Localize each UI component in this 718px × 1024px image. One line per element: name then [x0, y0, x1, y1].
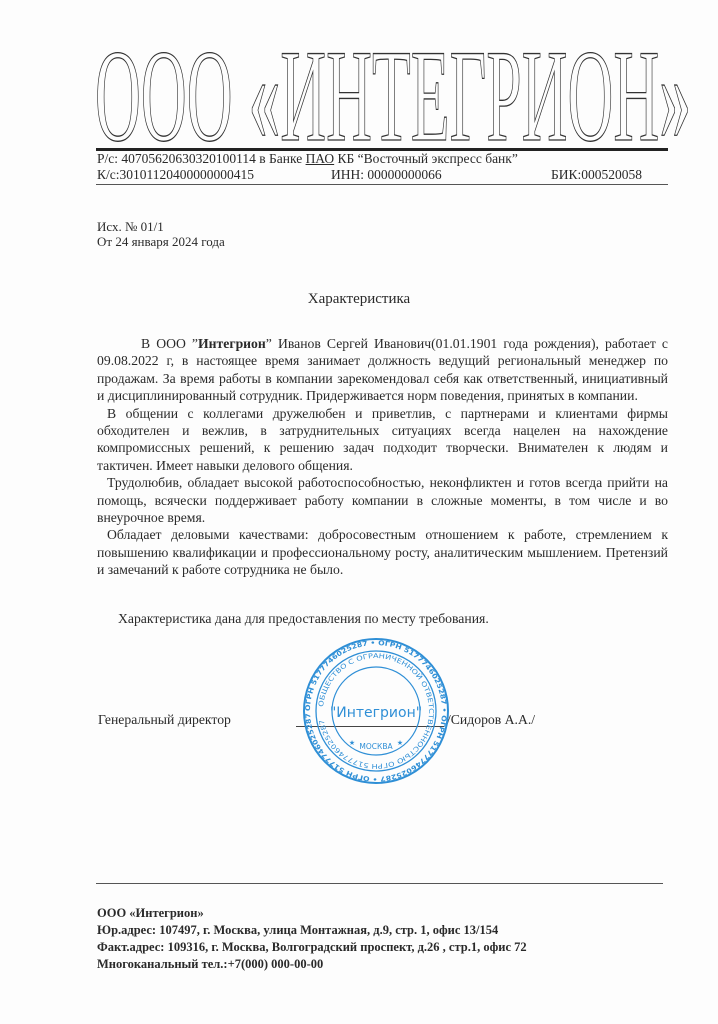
paragraph-4: Обладает деловыми качествами: добросовес… [97, 526, 668, 578]
stamp-star-icon: ★ [349, 739, 355, 747]
reference-date: От 24 января 2024 года [97, 234, 225, 249]
stamp-star-icon: ★ [397, 739, 403, 747]
paragraph-3: Трудолюбив, обладает высокой работоспосо… [97, 474, 668, 526]
footer-company: ООО «Интегрион» [97, 905, 527, 922]
logo-text: ООО «ИНТЕГРИОН» [95, 40, 691, 148]
stamp-city: МОСКВА [359, 742, 393, 751]
bank-account-line: Р/с: 40705620630320100114 в Банке ПАО КБ… [97, 151, 518, 167]
paragraph-1-pre: В ООО ” [141, 336, 198, 351]
inn: ИНН: 00000000066 [331, 167, 442, 183]
company-name-bold: Интегрион [198, 336, 266, 351]
header-divider-thin [96, 184, 668, 185]
signatory-name: /Сидоров А.А./ [447, 712, 535, 728]
stamp-center-text: "Интегрион" [330, 705, 422, 721]
paragraph-1: В ООО ”Интегрион” Иванов Сергей Иванович… [97, 335, 668, 405]
corr-account: К/с:30101120400000000415 [97, 167, 254, 183]
paragraph-2: В общении с коллегами дружелюбен и приве… [97, 405, 668, 475]
bik: БИК:000520058 [551, 167, 642, 183]
bank-name: КБ “Восточный экспресс банк” [334, 151, 518, 166]
footer-phone: Многоканальный тел.:+7(000) 000-00-00 [97, 956, 527, 973]
footer-actual-address: Факт.адрес: 109316, г. Москва, Волгоград… [97, 939, 527, 956]
footer-legal-address: Юр.адрес: 107497, г. Москва, улица Монта… [97, 922, 527, 939]
document-title: Характеристика [0, 291, 718, 308]
bank-type: ПАО [306, 151, 335, 166]
reference-number: Исх. № 01/1 [97, 219, 225, 234]
company-logo: ООО «ИНТЕГРИОН» [93, 40, 693, 148]
outgoing-reference: Исх. № 01/1 От 24 января 2024 года [97, 219, 225, 249]
bank-account-prefix: Р/с: 40705620630320100114 в Банке [97, 151, 306, 166]
footer-divider [96, 883, 663, 884]
footer-contacts: ООО «Интегрион» Юр.адрес: 107497, г. Мос… [97, 905, 527, 973]
company-stamp: ОГРН 5177746025287 • ОГРН 5177746025287 … [302, 637, 450, 785]
document-body: В ООО ”Интегрион” Иванов Сергей Иванович… [97, 335, 668, 579]
signatory-role: Генеральный директор [98, 712, 231, 728]
closing-statement: Характеристика дана для предоставления п… [118, 611, 489, 627]
